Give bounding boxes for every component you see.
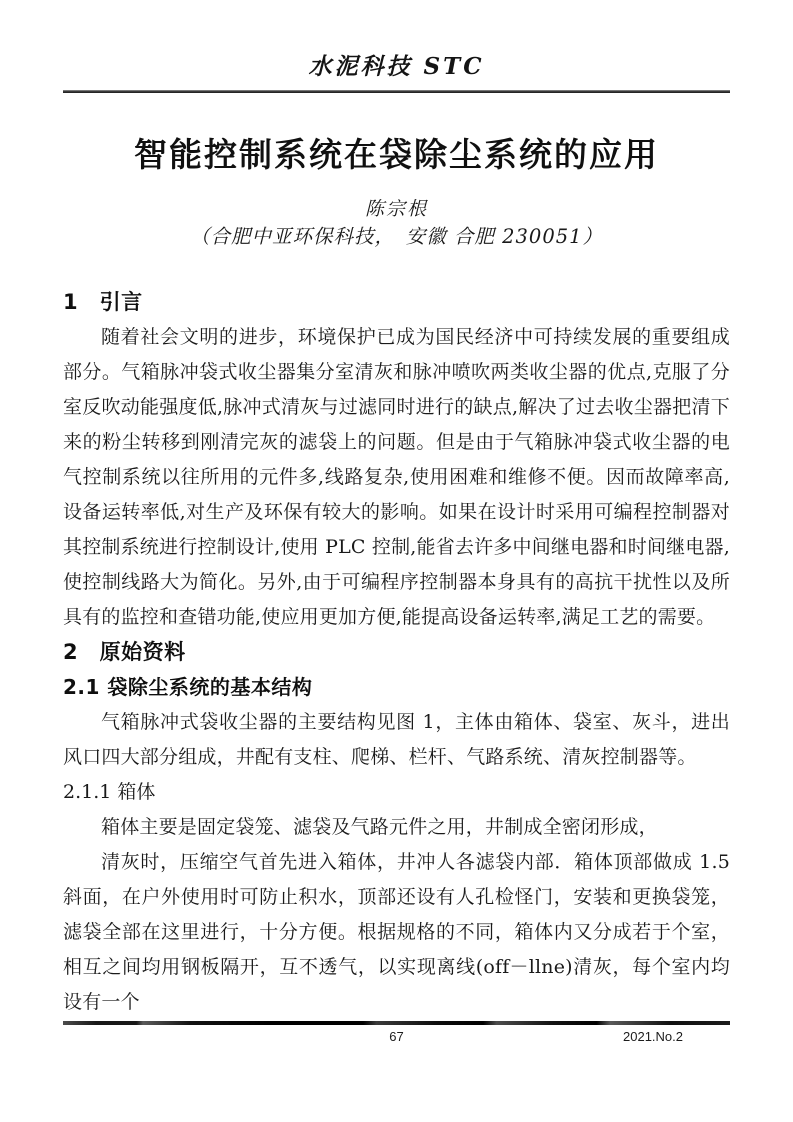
box-body-paragraph-1: 箱体主要是固定袋笼、滤袋及气路元件之用，井制成全密闭形成，	[63, 810, 730, 845]
article-body: 1 引言 随着社会文明的进步，环境保护已成为国民经济中可持续发展的重要组成部分。…	[63, 285, 730, 1020]
intro-paragraph: 随着社会文明的进步，环境保护已成为国民经济中可持续发展的重要组成部分。气箱脉冲袋…	[63, 320, 730, 635]
section-2-1-heading: 2.1 袋除尘系统的基本结构	[63, 670, 730, 705]
article-author: 陈宗根	[63, 197, 730, 222]
section-1-heading: 1 引言	[63, 285, 730, 320]
document-page: 水泥科技 STC 智能控制系统在袋除尘系统的应用 陈宗根 （合肥中亚环保科技， …	[0, 0, 793, 1122]
page-content: 水泥科技 STC 智能控制系统在袋除尘系统的应用 陈宗根 （合肥中亚环保科技， …	[63, 0, 730, 1020]
section-2-heading: 2 原始资料	[63, 635, 730, 670]
section-2-1-1-heading: 2.1.1 箱体	[63, 775, 730, 810]
footer-rule	[63, 1021, 730, 1025]
box-body-paragraph-2: 清灰时，压缩空气首先进入箱体，井冲人各滤袋内部．箱体顶部做成 1.5 斜面，在户…	[63, 845, 730, 1020]
article-title: 智能控制系统在袋除尘系统的应用	[63, 133, 730, 177]
footer-issue-label: 2021.No.2	[623, 1029, 683, 1044]
header-rule	[63, 90, 730, 93]
structure-paragraph: 气箱脉冲式袋收尘器的主要结构见图 1，主体由箱体、袋室、灰斗，进出风口四大部分组…	[63, 705, 730, 775]
journal-masthead: 水泥科技 STC	[63, 0, 730, 81]
article-affiliation: （合肥中亚环保科技， 安徽 合肥 230051）	[63, 224, 730, 250]
